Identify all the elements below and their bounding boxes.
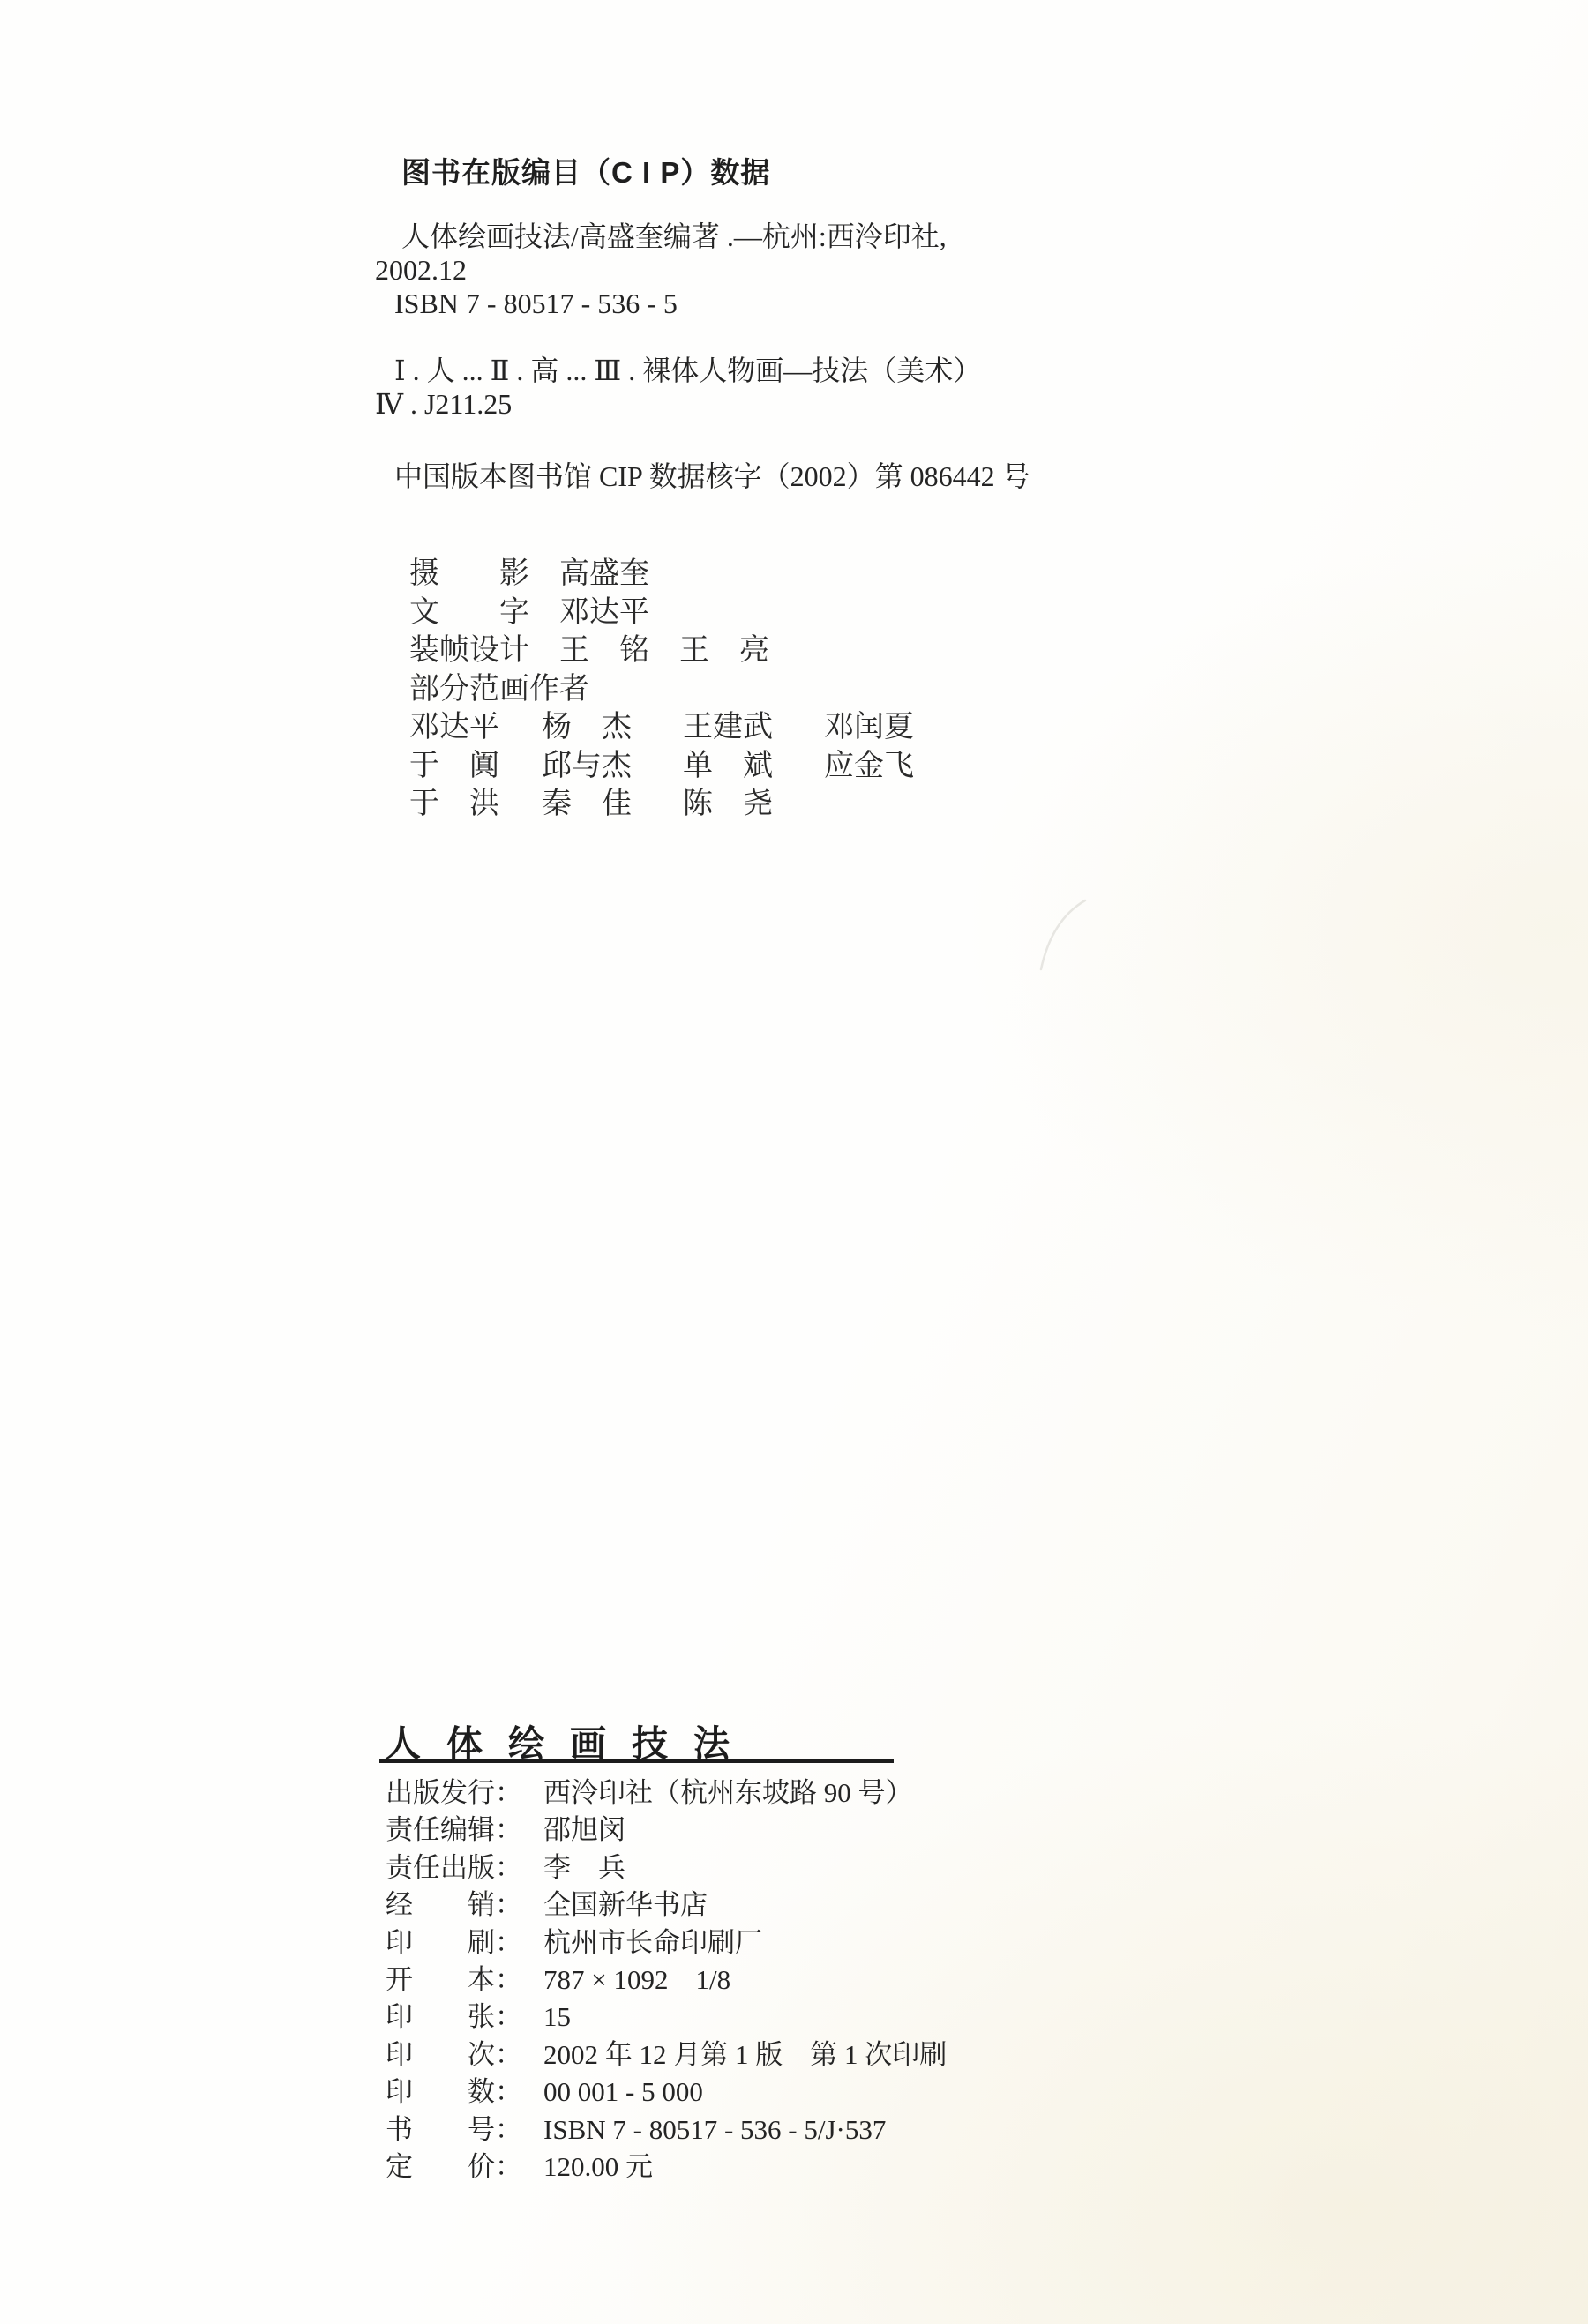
colophon-label: 印 数： bbox=[386, 2074, 522, 2111]
credit-role-label: 装帧设计 bbox=[409, 634, 529, 667]
artist-name: 邓闰夏 bbox=[824, 708, 1027, 747]
colophon-value: 2002 年 12 月第 1 版 第 1 次印刷 bbox=[543, 2036, 947, 2074]
credit-role-text: 文 字 邓达平 bbox=[409, 594, 1027, 632]
colophon-value: 全国新华书店 bbox=[543, 1887, 708, 1924]
colophon-label: 印 次： bbox=[386, 2036, 522, 2074]
colophon-row-format: 开 本：787 × 1092 1/8 bbox=[386, 1962, 1056, 1999]
colophon-label: 经 销： bbox=[386, 1887, 522, 1924]
colophon-value: ISBN 7 - 80517 - 536 - 5/J·537 bbox=[543, 2111, 886, 2148]
credit-role-name: 王 铭 王 亮 bbox=[559, 634, 769, 667]
role-separator bbox=[529, 634, 559, 667]
colophon-value: 邵旭闵 bbox=[543, 1812, 625, 1849]
cip-entry-block: 人体绘画技法/高盛奎编著 .—杭州:西泠印社, 2002.12 ISBN 7 -… bbox=[375, 220, 1098, 421]
artist-name: 应金飞 bbox=[824, 747, 1027, 786]
artist-name: 杨 杰 bbox=[542, 708, 683, 747]
artists-row: 于 洪 秦 佳 陈 尧 bbox=[409, 785, 1027, 824]
colophon-row-impression: 印 次：2002 年 12 月第 1 版 第 1 次印刷 bbox=[386, 2036, 1056, 2074]
colophon-label: 责任编辑： bbox=[386, 1812, 522, 1849]
colophon-label: 责任出版： bbox=[386, 1849, 522, 1887]
credits-block: 摄 影 高盛奎 文 字 邓达平 装帧设计 王 铭 王 亮 部分范画作者 邓达平 … bbox=[409, 555, 1027, 824]
colophon-row-price: 定 价：120.00 元 bbox=[386, 2148, 1056, 2186]
colophon-value: 李 兵 bbox=[543, 1849, 625, 1887]
colophon-label: 书 号： bbox=[386, 2111, 522, 2148]
role-separator bbox=[529, 557, 559, 590]
credit-role-design: 装帧设计 王 铭 王 亮 bbox=[409, 631, 1027, 670]
cip-blank-line bbox=[375, 320, 1098, 354]
credit-role-photography: 摄 影 高盛奎 bbox=[409, 555, 1027, 594]
cip-isbn-line: ISBN 7 - 80517 - 536 - 5 bbox=[375, 287, 1098, 320]
artist-name: 邓达平 bbox=[409, 708, 542, 747]
colophon-row-print-run: 印 数：00 001 - 5 000 bbox=[386, 2074, 1056, 2111]
colophon-row-publisher: 出版发行：西泠印社（杭州东坡路 90 号） bbox=[386, 1775, 1056, 1812]
artist-name: 王建武 bbox=[683, 708, 824, 747]
artists-row: 邓达平 杨 杰 王建武 邓闰夏 bbox=[409, 708, 1027, 747]
credit-role-name: 高盛奎 bbox=[559, 557, 649, 590]
artist-name: 于 阗 bbox=[409, 747, 542, 786]
role-separator bbox=[529, 596, 559, 629]
cip-entry-line2: 2002.12 bbox=[375, 253, 1098, 287]
artist-name bbox=[824, 785, 1027, 824]
artist-name: 邱与杰 bbox=[542, 747, 683, 786]
credits-group-title: 部分范画作者 bbox=[409, 670, 1027, 709]
colophon-label: 开 本： bbox=[386, 1962, 522, 1999]
colophon-value: 00 001 - 5 000 bbox=[543, 2074, 703, 2111]
credit-role-name: 邓达平 bbox=[559, 596, 649, 629]
cip-class-line1: Ⅰ . 人 ... Ⅱ . 高 ... Ⅲ . 裸体人物画—技法（美术） bbox=[375, 354, 1098, 387]
colophon-value: 杭州市长命印刷厂 bbox=[543, 1924, 762, 1962]
colophon-value: 15 bbox=[543, 1999, 571, 2036]
colophon-label: 出版发行： bbox=[386, 1775, 522, 1812]
colophon-label: 定 价： bbox=[386, 2148, 522, 2186]
cip-entry-line1: 人体绘画技法/高盛奎编著 .—杭州:西泠印社, bbox=[375, 220, 1098, 253]
paper-crease bbox=[997, 895, 1103, 975]
colophon-row-printer: 印 刷：杭州市长命印刷厂 bbox=[386, 1924, 1056, 1962]
artist-name: 单 斌 bbox=[683, 747, 824, 786]
artist-name: 陈 尧 bbox=[683, 785, 824, 824]
cip-class-line2: Ⅳ . J211.25 bbox=[375, 387, 1098, 421]
cip-heading: 图书在版编目（C I P）数据 bbox=[401, 150, 770, 191]
cip-record-number: 中国版本图书馆 CIP 数据核字（2002）第 086442 号 bbox=[394, 454, 1030, 495]
colophon-value: 787 × 1092 1/8 bbox=[543, 1962, 730, 1999]
colophon-row-sheets: 印 张：15 bbox=[386, 1999, 1056, 2036]
credit-role-label: 文 字 bbox=[409, 596, 529, 629]
colophon-row-publishing-supervisor: 责任出版：李 兵 bbox=[386, 1849, 1056, 1887]
artist-name: 秦 佳 bbox=[542, 785, 683, 824]
colophon-value: 西泠印社（杭州东坡路 90 号） bbox=[543, 1775, 913, 1812]
colophon-row-editor: 责任编辑：邵旭闵 bbox=[386, 1812, 1056, 1849]
colophon-row-book-number: 书 号：ISBN 7 - 80517 - 536 - 5/J·537 bbox=[386, 2111, 1056, 2148]
credit-role-label: 摄 影 bbox=[409, 557, 529, 590]
colophon-label: 印 张： bbox=[386, 1999, 522, 2036]
colophon-block: 出版发行：西泠印社（杭州东坡路 90 号） 责任编辑：邵旭闵 责任出版：李 兵 … bbox=[386, 1775, 1056, 2186]
title-rule bbox=[379, 1759, 894, 1763]
artists-row: 于 阗 邱与杰 单 斌 应金飞 bbox=[409, 747, 1027, 786]
artist-name: 于 洪 bbox=[409, 785, 542, 824]
colophon-value: 120.00 元 bbox=[543, 2148, 653, 2186]
colophon-label: 印 刷： bbox=[386, 1924, 522, 1962]
colophon-row-distribution: 经 销：全国新华书店 bbox=[386, 1887, 1056, 1924]
copyright-page: 图书在版编目（C I P）数据 人体绘画技法/高盛奎编著 .—杭州:西泠印社, … bbox=[0, 0, 1588, 2324]
